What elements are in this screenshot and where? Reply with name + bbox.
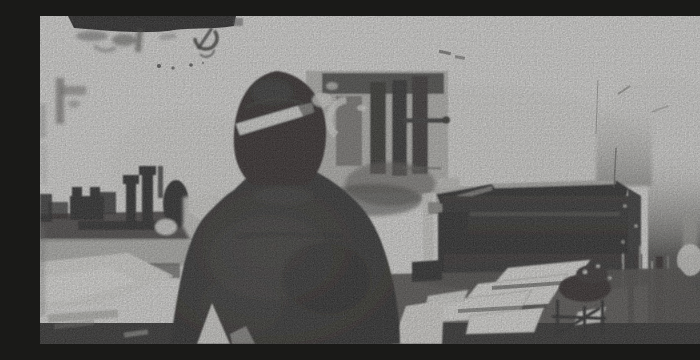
film-grain-light — [40, 16, 700, 344]
photograph: Vintage black-and-white photo of an oper… — [40, 16, 700, 344]
photo-canvas: Vintage black-and-white photo of an oper… — [40, 16, 700, 344]
